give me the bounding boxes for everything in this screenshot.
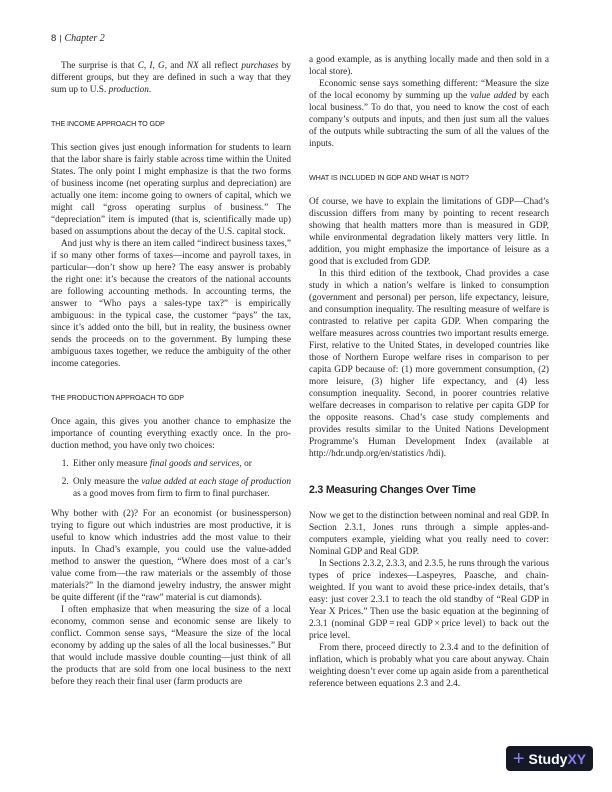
- studyxy-watermark[interactable]: +StudyXY: [506, 746, 593, 771]
- running-head: 8|Chapter 2: [51, 32, 105, 45]
- paragraph: a good example, as is anything locally m…: [309, 54, 549, 78]
- right-column: a good example, as is anything locally m…: [309, 54, 549, 690]
- paragraph: And just why is there an item called “in…: [51, 238, 291, 370]
- brand-text-study: Study: [529, 751, 568, 767]
- paragraph: I often emphasize that when measuring th…: [51, 604, 291, 688]
- numbered-list: Either only measure final goods and serv…: [51, 458, 291, 500]
- heading-income-approach: THE INCOME APPROACH TO GDP: [51, 119, 291, 129]
- paragraph: Why bother with (2)? For an economist (o…: [51, 508, 291, 604]
- italic-text: final goods and services: [150, 459, 240, 469]
- paragraph: This section gives just enough informati…: [51, 142, 291, 238]
- italic-text: NX: [187, 61, 199, 71]
- page-number: 8: [51, 33, 56, 44]
- plus-icon: +: [513, 749, 525, 769]
- paragraph: Of course, we have to explain the limita…: [309, 196, 549, 268]
- text: Only measure the: [73, 477, 141, 487]
- paragraph: The surprise is that C, I, G, and NX all…: [51, 60, 291, 96]
- italic-text: value added: [470, 91, 516, 101]
- paragraph: In this third edition of the textbook, C…: [309, 268, 549, 460]
- italic-text: C, I, G,: [138, 61, 167, 71]
- brand-text-xy: XY: [567, 751, 586, 767]
- left-column: The surprise is that C, I, G, and NX all…: [51, 60, 291, 688]
- text: .: [149, 85, 151, 95]
- text: Either only measure: [73, 459, 150, 469]
- italic-text: value added at each stage of pro­duction: [141, 477, 291, 487]
- text: , or: [239, 459, 251, 469]
- heading-included-in-gdp: WHAT IS INCLUDED IN GDP AND WHAT IS NOT?: [309, 173, 549, 183]
- paragraph: From there, proceed directly to 2.3.4 an…: [309, 642, 549, 690]
- chapter-title: Chapter 2: [65, 33, 105, 44]
- text: as a good moves from firm to firm to fin…: [73, 489, 270, 499]
- italic-text: production: [109, 85, 149, 95]
- paragraph: Once again, this gives you another chanc…: [51, 416, 291, 452]
- text: all reflect: [199, 61, 242, 71]
- list-item: Only measure the value added at each sta…: [71, 476, 291, 500]
- text: and: [167, 61, 187, 71]
- italic-text: purchases: [241, 61, 278, 71]
- paragraph: Now we get to the distinction between no…: [309, 510, 549, 558]
- heading-production-approach: THE PRODUCTION APPROACH TO GDP: [51, 393, 291, 403]
- text: The surprise is that: [61, 61, 138, 71]
- section-heading: 2.3 Measuring Changes Over Time: [309, 484, 549, 496]
- paragraph: In Sections 2.3.2, 2.3.3, and 2.3.5, he …: [309, 558, 549, 642]
- paragraph: Economic sense says something different:…: [309, 78, 549, 150]
- list-item: Either only measure final goods and serv…: [71, 458, 291, 470]
- running-head-separator: |: [59, 33, 61, 43]
